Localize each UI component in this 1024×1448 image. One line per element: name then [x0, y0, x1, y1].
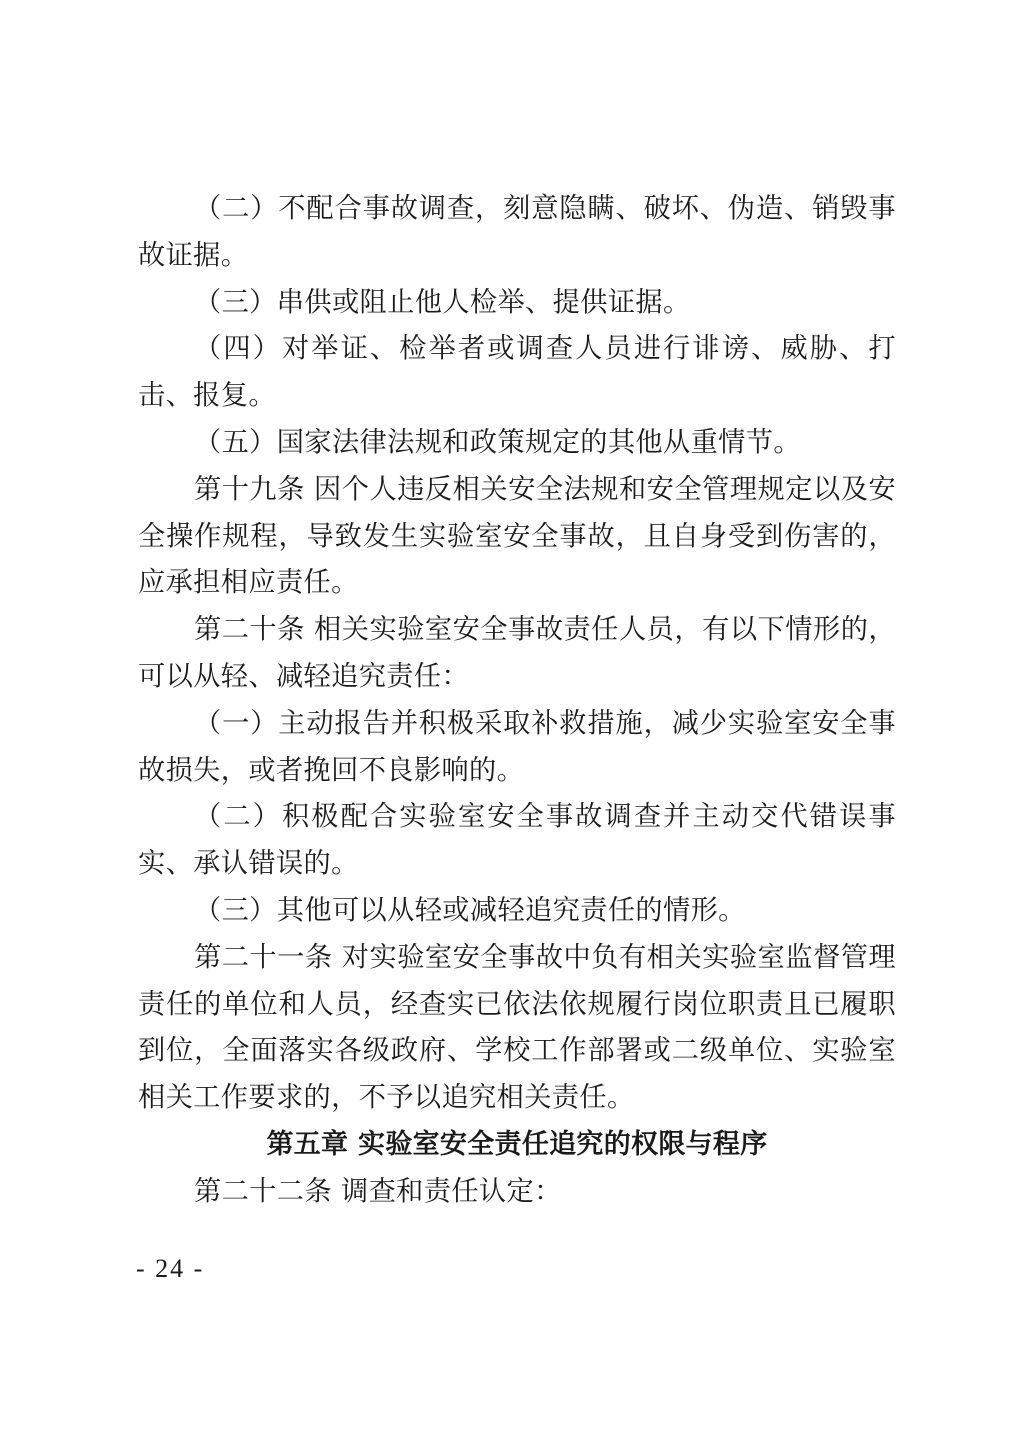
article-20: 第二十条 相关实验室安全事故责任人员，有以下情形的，可以从轻、减轻追究责任：	[138, 607, 896, 701]
page-number: - 24 -	[136, 1254, 204, 1284]
item-paragraph-1-remedial: （一）主动报告并积极采取补救措施，减少实验室安全事故损失，或者挽回不良影响的。	[138, 701, 896, 795]
item-paragraph-5-other-aggravating: （五）国家法律法规和政策规定的其他从重情节。	[138, 420, 896, 467]
document-page: （二）不配合事故调查，刻意隐瞒、破坏、伪造、销毁事故证据。 （三）串供或阻止他人…	[138, 186, 896, 1216]
item-paragraph-3-collusion: （三）串供或阻止他人检举、提供证据。	[138, 280, 896, 327]
item-paragraph-3-other-mitigating: （三）其他可以从轻或减轻追究责任的情形。	[138, 888, 896, 935]
chapter-title: 第五章 实验室安全责任追究的权限与程序	[138, 1122, 896, 1169]
item-paragraph-2-cooperation: （二）积极配合实验室安全事故调查并主动交代错误事实、承认错误的。	[138, 794, 896, 888]
article-22: 第二十二条 调查和责任认定：	[138, 1169, 896, 1216]
article-19: 第十九条 因个人违反相关安全法规和安全管理规定以及安全操作规程，导致发生实验室安…	[138, 467, 896, 607]
article-21: 第二十一条 对实验室安全事故中负有相关实验室监督管理责任的单位和人员，经查实已依…	[138, 935, 896, 1122]
item-paragraph-4-retaliation: （四）对举证、检举者或调查人员进行诽谤、威胁、打击、报复。	[138, 326, 896, 420]
item-paragraph-2-noncooperation: （二）不配合事故调查，刻意隐瞒、破坏、伪造、销毁事故证据。	[138, 186, 896, 280]
